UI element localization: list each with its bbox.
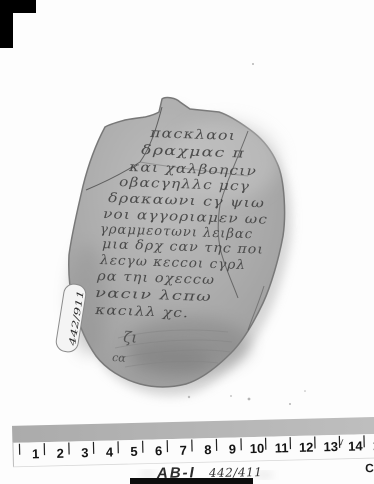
photo-corner-mark: [0, 0, 36, 48]
caption: AB-I 442/411: [130, 464, 273, 484]
scale-number: 3: [81, 445, 89, 460]
photo-canvas: παϲκλαοι δραχμαϲ π και χαλβοηϲιν οβαϲγηλ…: [0, 0, 374, 484]
inscription-mark: ϲα: [112, 351, 127, 365]
scale-number: 10: [250, 441, 265, 456]
scale-number: 7: [179, 443, 187, 458]
scale-number: 11: [275, 440, 289, 455]
scale-number: 14: [348, 438, 364, 453]
scale-number: 5: [130, 444, 138, 459]
scale-number: 8: [204, 442, 212, 457]
caption-number: 442/411: [208, 465, 263, 480]
caption-underline-bar: [130, 478, 253, 484]
scale-number: 2: [56, 446, 64, 461]
scale-number: 13: [323, 439, 338, 454]
scale-number: 4: [106, 444, 114, 459]
ostracon-photograph: παϲκλαοι δραχμαϲ π και χαλβοηϲιν οβαϲγηλ…: [0, 0, 374, 484]
scale-number: 6: [155, 443, 163, 458]
scale-number: 1: [32, 446, 40, 461]
scale-number: 9: [229, 441, 237, 456]
scale-unit-partial: C: [365, 461, 374, 475]
inscription-line: παϲκλαοι: [149, 126, 237, 144]
scale-number: 12: [299, 440, 314, 455]
inscription-mark: ζι: [123, 328, 138, 347]
